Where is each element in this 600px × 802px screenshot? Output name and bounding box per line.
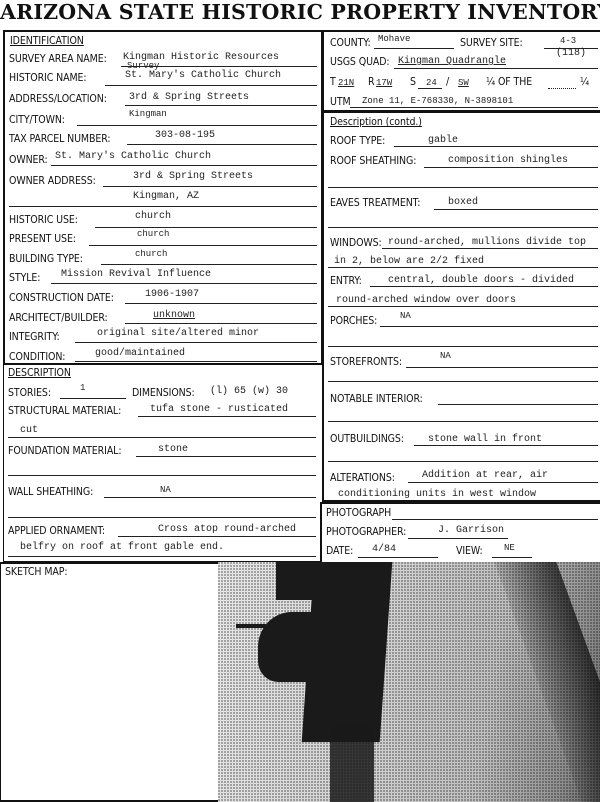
cross-silhouette bbox=[236, 624, 266, 628]
wall-sheathing-label: WALL SHEATHING: bbox=[8, 486, 93, 498]
owner-address-value-2: Kingman, AZ bbox=[133, 191, 199, 202]
roof-type-line bbox=[394, 146, 598, 147]
view-line bbox=[492, 557, 532, 558]
building-photograph bbox=[218, 562, 600, 802]
roof-sheathing-label: ROOF SHEATHING: bbox=[330, 155, 416, 167]
notable-interior-line-2 bbox=[328, 421, 598, 422]
view-label: VIEW: bbox=[456, 545, 483, 557]
foundation-material-value: stone bbox=[158, 444, 188, 455]
wall-sheathing-line-2 bbox=[8, 517, 316, 518]
photograph-section: PHOTOGRAPH PHOTOGRAPHER: J. Garrison DAT… bbox=[320, 502, 600, 564]
integrity-label: INTEGRITY: bbox=[9, 331, 60, 343]
historic-use-line bbox=[95, 227, 317, 228]
structural-material-value-2: cut bbox=[20, 425, 38, 436]
wall-sheathing-value: NA bbox=[160, 485, 171, 496]
historic-name-line bbox=[105, 85, 317, 86]
applied-ornament-line-1 bbox=[118, 536, 316, 537]
present-use-value: church bbox=[137, 229, 169, 240]
building-type-value: church bbox=[135, 249, 167, 260]
city-line bbox=[77, 125, 317, 126]
condition-label: CONDITION: bbox=[9, 351, 65, 363]
roof-sheathing-line-2 bbox=[328, 187, 598, 188]
alterations-value-1: Addition at rear, air bbox=[422, 470, 548, 481]
tax-parcel-value: 303-08-195 bbox=[155, 130, 215, 141]
photograph-heading-line bbox=[392, 519, 598, 520]
photographer-line bbox=[408, 538, 508, 539]
applied-ornament-line-2 bbox=[8, 556, 316, 557]
survey-site-value: 4-3 bbox=[560, 36, 576, 47]
eaves-value: boxed bbox=[448, 197, 478, 208]
view-value: NE bbox=[504, 543, 515, 554]
utm-label: UTM bbox=[330, 96, 351, 108]
structural-material-line-2 bbox=[8, 437, 316, 438]
construction-date-value: 1906-1907 bbox=[145, 289, 199, 300]
entry-label: ENTRY: bbox=[330, 275, 362, 287]
stories-line bbox=[60, 398, 126, 399]
entry-value-2: round-arched window over doors bbox=[336, 295, 516, 306]
township-label: T bbox=[330, 76, 336, 88]
survey-area-label: SURVEY AREA NAME: bbox=[9, 53, 107, 65]
windows-line-2 bbox=[328, 267, 598, 268]
city-value: Kingman bbox=[129, 109, 167, 120]
architect-line bbox=[125, 323, 317, 324]
sketch-map-area: SKETCH MAP: bbox=[0, 562, 220, 802]
date-line bbox=[358, 557, 438, 558]
windows-line-1 bbox=[382, 248, 598, 249]
county-value: Mohave bbox=[378, 34, 410, 45]
owner-value: St. Mary's Catholic Church bbox=[55, 151, 211, 162]
survey-site-label: SURVEY SITE: bbox=[460, 37, 523, 49]
outbuildings-line-2 bbox=[328, 461, 598, 462]
usgs-quad-label: USGS QUAD: bbox=[330, 56, 390, 68]
county-label: COUNTY: bbox=[330, 37, 371, 49]
roof-sheathing-value: composition shingles bbox=[448, 155, 568, 166]
notable-interior-label: NOTABLE INTERIOR: bbox=[330, 393, 423, 405]
historic-name-value: St. Mary's Catholic Church bbox=[125, 70, 281, 81]
roof-type-value: gable bbox=[428, 135, 458, 146]
porches-line-2 bbox=[328, 346, 598, 347]
entry-line-1 bbox=[370, 286, 598, 287]
style-label: STYLE: bbox=[9, 272, 40, 284]
storefronts-line-2 bbox=[328, 381, 598, 382]
sketch-map-label: SKETCH MAP: bbox=[5, 566, 67, 578]
owner-address-value-1: 3rd & Spring Streets bbox=[133, 171, 253, 182]
wall-sheathing-line bbox=[104, 497, 316, 498]
identification-section: IDENTIFICATION SURVEY AREA NAME: Kingman… bbox=[3, 30, 323, 365]
construction-date-label: CONSTRUCTION DATE: bbox=[9, 292, 114, 304]
porches-line bbox=[380, 326, 598, 327]
tax-parcel-label: TAX PARCEL NUMBER: bbox=[9, 133, 110, 145]
address-label: ADDRESS/LOCATION: bbox=[9, 93, 107, 105]
city-label: CITY/TOWN: bbox=[9, 114, 65, 126]
owner-address-line-1 bbox=[103, 186, 317, 187]
windows-value-2: in 2, below are 2/2 fixed bbox=[334, 256, 484, 267]
applied-ornament-value-2: belfry on roof at front gable end. bbox=[20, 542, 224, 553]
outbuildings-value: stone wall in front bbox=[428, 434, 542, 445]
survey-site-value-2: (118) bbox=[556, 48, 586, 59]
description-contd-heading: Description (contd.) bbox=[330, 116, 422, 128]
section-label: S bbox=[410, 76, 416, 88]
photograph-heading: PHOTOGRAPH bbox=[326, 507, 391, 519]
structural-material-label: STRUCTURAL MATERIAL: bbox=[8, 405, 121, 417]
usgs-quad-line bbox=[394, 68, 598, 69]
style-value: Mission Revival Influence bbox=[61, 269, 211, 280]
historic-name-label: HISTORIC NAME: bbox=[9, 72, 86, 84]
alterations-line-1 bbox=[408, 482, 598, 483]
date-label: DATE: bbox=[326, 545, 353, 557]
storefronts-label: STOREFRONTS: bbox=[330, 356, 402, 368]
historic-use-value: church bbox=[135, 211, 171, 222]
integrity-line bbox=[75, 342, 317, 343]
owner-address-line-2 bbox=[9, 206, 317, 207]
foundation-material-label: FOUNDATION MATERIAL: bbox=[8, 445, 121, 457]
present-use-line bbox=[89, 245, 317, 246]
storefronts-value: NA bbox=[440, 351, 451, 362]
storefronts-line bbox=[406, 367, 598, 368]
notable-interior-line bbox=[438, 404, 598, 405]
building-type-label: BUILDING TYPE: bbox=[9, 253, 83, 265]
building-type-line bbox=[101, 264, 317, 265]
owner-address-label: OWNER ADDRESS: bbox=[9, 175, 96, 187]
date-value: 4/84 bbox=[372, 544, 396, 555]
utm-value: Zone 11, E-768330, N-3898101 bbox=[362, 96, 513, 107]
roof-sheathing-line bbox=[424, 167, 598, 168]
tower-silhouette bbox=[302, 562, 393, 742]
section-line bbox=[418, 88, 442, 89]
survey-area-line bbox=[121, 66, 317, 67]
tax-parcel-line bbox=[127, 144, 317, 145]
eaves-label: EAVES TREATMENT: bbox=[330, 197, 420, 209]
section-slash: / bbox=[446, 76, 449, 88]
roof-type-label: ROOF TYPE: bbox=[330, 135, 385, 147]
porches-label: PORCHES: bbox=[330, 315, 377, 327]
county-line bbox=[374, 48, 454, 49]
owner-label: OWNER: bbox=[9, 154, 48, 166]
eaves-line-2 bbox=[328, 227, 598, 228]
architect-label: ARCHITECT/BUILDER: bbox=[9, 312, 108, 324]
outbuildings-line bbox=[414, 445, 598, 446]
description-heading: DESCRIPTION bbox=[8, 367, 71, 379]
quarter-value: SW bbox=[458, 78, 469, 89]
quarter2-suffix: ¼ bbox=[580, 76, 589, 88]
description-contd-section: Description (contd.) ROOF TYPE: gable RO… bbox=[322, 110, 600, 502]
of-the-label: ¼ OF THE bbox=[486, 76, 532, 88]
roof-edge-shadow bbox=[494, 562, 600, 802]
entry-value-1: central, double doors - divided bbox=[388, 275, 574, 286]
location-section: COUNTY: Mohave SURVEY SITE: 4-3 (118) US… bbox=[322, 30, 600, 112]
historic-use-label: HISTORIC USE: bbox=[9, 214, 78, 226]
integrity-value: original site/altered minor bbox=[97, 328, 259, 339]
construction-date-line bbox=[125, 303, 317, 304]
usgs-quad-value: Kingman Quadrangle bbox=[398, 56, 506, 67]
windows-value-1: round-arched, mullions divide top bbox=[388, 237, 586, 248]
owner-line bbox=[51, 165, 317, 166]
eaves-line bbox=[434, 209, 598, 210]
outbuildings-label: OUTBUILDINGS: bbox=[330, 433, 404, 445]
condition-line bbox=[75, 361, 317, 362]
entry-line-2 bbox=[328, 306, 598, 307]
quarter2-line bbox=[548, 88, 576, 89]
photographer-label: PHOTOGRAPHER: bbox=[326, 526, 406, 538]
present-use-label: PRESENT USE: bbox=[9, 233, 76, 245]
stories-label: STORIES: bbox=[8, 387, 51, 399]
range-label: R bbox=[368, 76, 374, 88]
stories-value: 1 bbox=[80, 383, 85, 394]
style-line bbox=[51, 283, 317, 284]
description-section: DESCRIPTION STORIES: 1 DIMENSIONS: (l) 6… bbox=[3, 365, 321, 562]
utm-line bbox=[350, 107, 598, 108]
porches-value: NA bbox=[400, 311, 411, 322]
foundation-material-line-2 bbox=[8, 475, 316, 476]
alterations-value-2: conditioning units in west window bbox=[338, 489, 536, 500]
dimensions-value: (l) 65 (w) 30 bbox=[210, 386, 288, 397]
identification-heading: IDENTIFICATION bbox=[10, 35, 84, 47]
windows-label: WINDOWS: bbox=[330, 237, 382, 249]
alterations-label: ALTERATIONS: bbox=[330, 472, 395, 484]
page-title: ARIZONA STATE HISTORIC PROPERTY INVENTOR… bbox=[0, 0, 600, 26]
township-value: 21N bbox=[338, 78, 354, 89]
condition-value: good/maintained bbox=[95, 348, 185, 359]
applied-ornament-label: APPLIED ORNAMENT: bbox=[8, 525, 105, 537]
foundation-material-line bbox=[136, 456, 316, 457]
structural-material-value-1: tufa stone - rusticated bbox=[150, 404, 288, 415]
wall-silhouette bbox=[330, 722, 374, 802]
architect-value: unknown bbox=[153, 310, 195, 321]
range-value: 17W bbox=[376, 78, 392, 89]
dimensions-label: DIMENSIONS: bbox=[132, 387, 195, 399]
address-line bbox=[125, 105, 317, 106]
address-value: 3rd & Spring Streets bbox=[129, 92, 249, 103]
applied-ornament-value-1: Cross atop round-arched bbox=[158, 524, 296, 535]
structural-material-line-1 bbox=[138, 416, 316, 417]
photographer-value: J. Garrison bbox=[438, 525, 504, 536]
